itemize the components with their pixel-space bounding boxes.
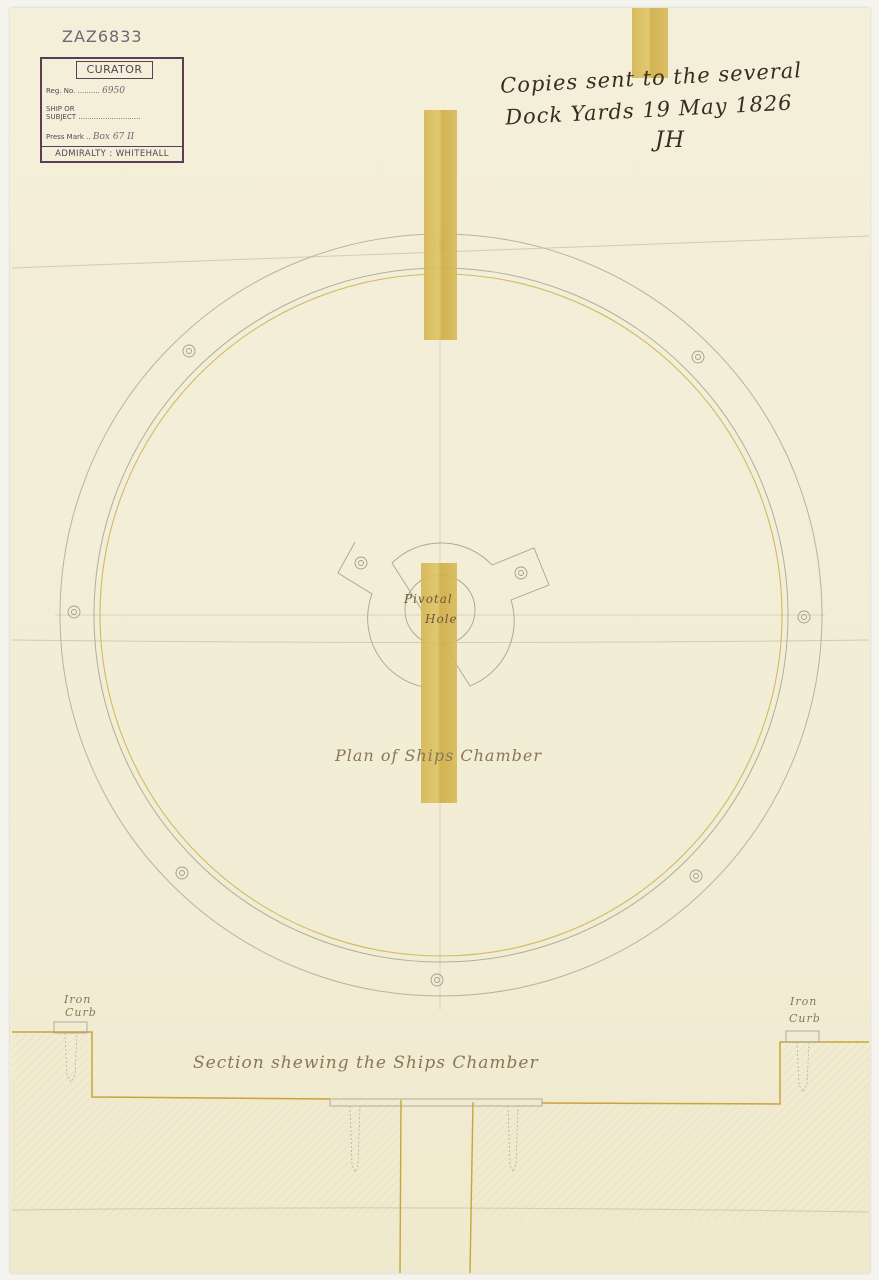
stamp-ship-label-1: SHIP OR xyxy=(46,105,75,113)
bolt-icon xyxy=(690,870,702,882)
left-curb-label-2: Curb xyxy=(65,1006,97,1019)
stamp-title: CURATOR xyxy=(76,61,153,79)
press-mark-value: Box 67 II xyxy=(93,132,134,142)
stamp-footer: ADMIRALTY : WHITEHALL xyxy=(42,146,182,161)
bolt-icon xyxy=(692,351,704,363)
left-curb-label-1: Iron xyxy=(64,993,91,1006)
right-curb-label-1: Iron xyxy=(790,995,817,1008)
curator-stamp: CURATOR Reg. No. .......... 6950 SHIP OR… xyxy=(40,57,184,163)
bolt-icon xyxy=(176,867,188,879)
tape-strip-upper xyxy=(424,110,457,340)
section-title: Section shewing the Ships Chamber xyxy=(193,1053,539,1073)
bolt-icon xyxy=(798,611,810,623)
bolt-icon xyxy=(515,567,527,579)
stamp-ship-row: SUBJECT ............................ xyxy=(46,113,141,121)
center-label-line-2: Hole xyxy=(425,612,458,626)
stamp-reg-row: Reg. No. .......... 6950 xyxy=(46,87,125,95)
annotation-initials: JH xyxy=(655,128,685,153)
bolt-icon xyxy=(68,606,80,618)
bolt-icon xyxy=(431,974,443,986)
stamp-press-row: Press Mark .. Box 67 II xyxy=(46,133,134,141)
bolt-icon xyxy=(183,345,195,357)
center-label-line-1: Pivotal xyxy=(404,592,453,606)
press-mark-label: Press Mark xyxy=(46,133,84,141)
reg-no-value: 6950 xyxy=(102,86,125,96)
right-curb-label-2: Curb xyxy=(789,1012,821,1025)
plan-title: Plan of Ships Chamber xyxy=(335,746,542,765)
reg-no-label: Reg. No. xyxy=(46,87,75,95)
stamp-ship-label-2: SUBJECT xyxy=(46,113,76,121)
reference-code: ZAZ6833 xyxy=(62,27,143,46)
bolt-icon xyxy=(355,557,367,569)
